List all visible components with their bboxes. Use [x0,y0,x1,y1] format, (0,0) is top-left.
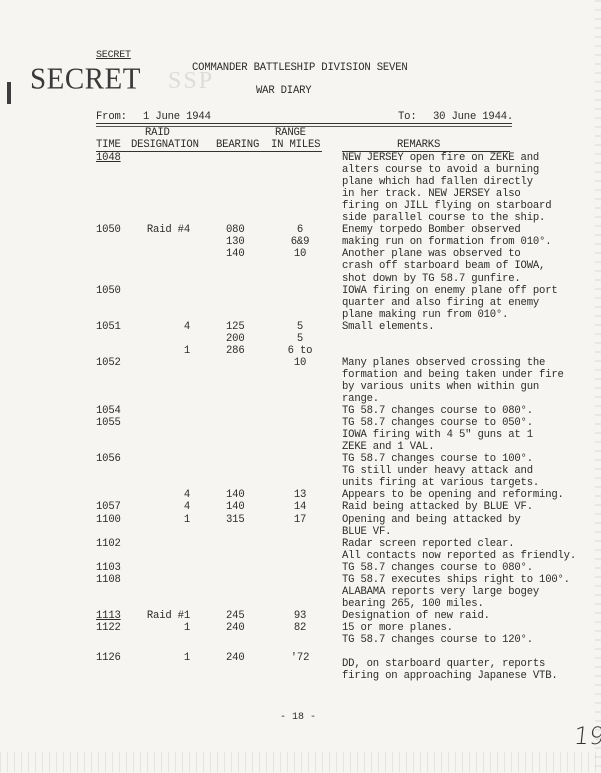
range-cell: 13 [280,489,320,501]
remarks-line: Raid being attacked by BLUE VF. [342,501,533,513]
remarks-line: Small elements. [342,321,434,333]
remarks-line: DD, on starboard quarter, reports [342,658,545,670]
bearing-cell: 140 [226,489,244,501]
remarks-line: Designation of new raid. [342,610,490,622]
header-rule-left [96,151,322,152]
time-cell: 1048 [96,152,121,164]
range-cell: '72 [280,652,320,664]
bearing-cell: 080 [226,224,244,236]
remarks-line: crash off starboard beam of IOWA, [342,260,545,272]
col-header-range-1: RANGE [275,127,306,139]
time-cell: 1054 [96,405,121,417]
from-date: 1 June 1944 [143,111,211,123]
scan-edge [595,0,601,773]
bearing-cell: 245 [226,610,244,622]
time-cell: 1051 [96,321,121,333]
remarks-line: ALABAMA reports very large bogey [342,586,539,598]
to-date: 30 June 1944. [433,111,513,123]
remarks-line: TG 58.7 executes ships right to 100°. [342,574,570,586]
remarks-line: quarter and also firing at enemy [342,297,539,309]
remarks-line: BLUE VF. [342,526,391,538]
col-header-raid-2: DESIGNATION [131,139,199,151]
remarks-line: firing on approaching Japanese VTB. [342,670,558,682]
col-header-range-2: IN MILES [271,139,320,151]
remarks-line: plane which had fallen directly [342,176,533,188]
time-cell: 1100 [96,514,121,526]
raid-cell: 4 [128,489,190,501]
remarks-line: Radar screen reported clear. [342,538,514,550]
remarks-line: plane making run from 010°. [342,309,508,321]
organization-heading: COMMANDER BATTLESHIP DIVISION SEVEN [192,62,408,74]
bearing-cell: 240 [226,622,244,634]
raid-cell: 4 [128,321,190,333]
bearing-cell: 130 [226,236,244,248]
col-header-raid-1: RAID [145,127,170,139]
remarks-line: TG 58.7 changes course to 080°. [342,405,533,417]
range-cell: 6 [280,224,320,236]
time-cell: 1050 [96,285,121,297]
page-number: - 18 - [280,712,316,723]
time-cell: 1103 [96,562,121,574]
bearing-cell: 125 [226,321,244,333]
range-cell: 17 [280,514,320,526]
time-cell: 1052 [96,357,121,369]
raid-cell: Raid #1 [128,610,190,622]
time-cell: 1122 [96,622,121,634]
range-cell: 14 [280,501,320,513]
col-header-remarks: REMARKS [397,139,440,151]
margin-mark [7,82,11,104]
scan-noise [0,752,601,772]
remarks-line: 15 or more planes. [342,622,453,634]
time-cell: 1113 [96,610,121,622]
time-cell: 1056 [96,453,121,465]
range-cell: 5 [280,333,320,345]
remarks-line: ZEKE and 1 VAL. [342,441,434,453]
remarks-line: range. [342,393,379,405]
remarks-line: formation and being taken under fire [342,369,564,381]
remarks-line: TG 58.7 changes course to 080°. [342,562,533,574]
range-cell: 6&9 [280,236,320,248]
from-label: From: [96,111,127,123]
range-cell: 82 [280,622,320,634]
raid-cell: 1 [128,514,190,526]
raid-cell: 1 [128,652,190,664]
remarks-line: bearing 265, 100 miles. [342,598,484,610]
time-cell: 1108 [96,574,121,586]
remarks-line: TG 58.7 changes course to 120°. [342,634,533,646]
remarks-line: Opening and being attacked by [342,514,521,526]
raid-cell: Raid #4 [128,224,190,236]
remarks-line: units firing at various targets. [342,477,539,489]
secret-stamp: SECRET [30,62,141,97]
time-cell: 1050 [96,224,121,236]
remarks-line: All contacts now reported as friendly. [342,550,576,562]
remarks-line: TG 58.7 changes course to 100°. [342,453,533,465]
remarks-line: alters course to avoid a burning [342,164,539,176]
bearing-cell: 200 [226,333,244,345]
time-cell: 1126 [96,652,121,664]
remarks-line: TG 58.7 changes course to 050°. [342,417,533,429]
bearing-cell: 140 [226,501,244,513]
col-header-time: TIME [96,139,121,151]
remarks-line: shot down by TG 58.7 gunfire. [342,273,521,285]
bearing-cell: 140 [226,248,244,260]
to-label: To: [398,111,416,123]
remarks-line: by various units when within gun [342,381,539,393]
raid-cell: 1 [128,622,190,634]
bearing-cell: 315 [226,514,244,526]
remarks-line: in her track. NEW JERSEY also [342,188,521,200]
remarks-line: NEW JERSEY open fire on ZEKE and [342,152,539,164]
time-cell: 1102 [96,538,121,550]
time-cell: 1055 [96,417,121,429]
remarks-line: side parallel course to the ship. [342,212,545,224]
range-cell: 5 [280,321,320,333]
remarks-line: Another plane was observed to [342,248,521,260]
bearing-cell: 240 [226,652,244,664]
range-cell: 6 to 10 [280,345,320,369]
time-cell: 1057 [96,501,121,513]
remarks-line: Enemy torpedo Bomber observed [342,224,521,236]
remarks-line: firing on JILL flying on starboard [342,200,551,212]
date-rule [96,123,512,124]
remarks-line: making run on formation from 010°. [342,236,551,248]
raid-cell: 1 [128,345,190,357]
col-header-bearing: BEARING [216,139,259,151]
range-cell: 93 [280,610,320,622]
remarks-line: IOWA firing with 4 5" guns at 1 [342,429,533,441]
remarks-line: IOWA firing on enemy plane off port [342,285,558,297]
document-title: WAR DIARY [256,85,311,97]
remarks-line: TG still under heavy attack and [342,465,533,477]
classification-small: SECRET [96,50,131,62]
bearing-cell: 286 [226,345,244,357]
remarks-line: Appears to be opening and reforming. [342,489,564,501]
remarks-line: Many planes observed crossing the [342,357,545,369]
raid-cell: 4 [128,501,190,513]
range-cell: 10 [280,248,320,260]
